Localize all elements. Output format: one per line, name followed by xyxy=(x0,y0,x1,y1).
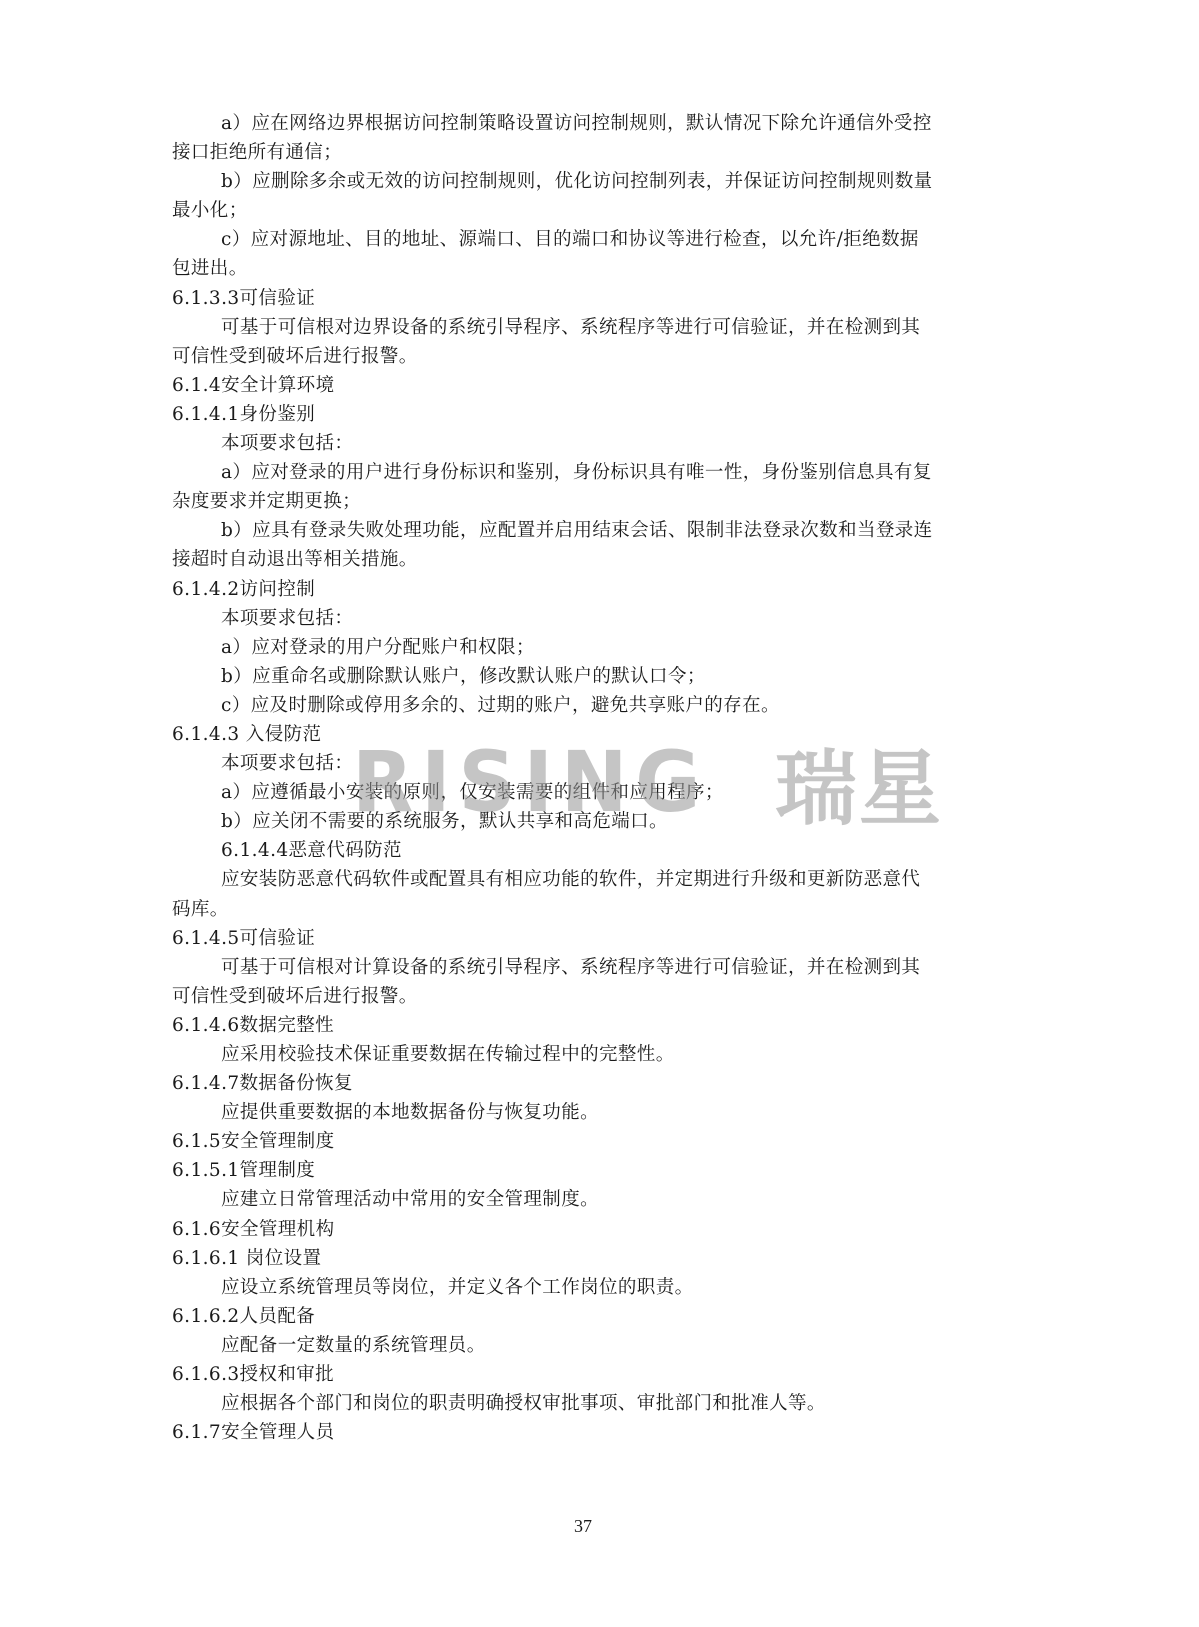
paragraph-continuation: 接超时自动退出等相关措施。 xyxy=(172,545,984,574)
paragraph-line: b）应重命名或删除默认账户，修改默认账户的默认口令； xyxy=(172,662,984,691)
paragraph-line: b）应具有登录失败处理功能，应配置并启用结束会话、限制非法登录次数和当登录连 xyxy=(172,516,984,545)
section-heading: 6.1.4.3 入侵防范 xyxy=(172,720,984,749)
section-heading: 6.1.4安全计算环境 xyxy=(172,371,984,400)
paragraph-line: b）应删除多余或无效的访问控制规则，优化访问控制列表，并保证访问控制规则数量 xyxy=(172,167,984,196)
section-heading: 6.1.3.3可信验证 xyxy=(172,284,984,313)
paragraph-line: 应提供重要数据的本地数据备份与恢复功能。 xyxy=(172,1098,984,1127)
paragraph-continuation: 接口拒绝所有通信； xyxy=(172,138,984,167)
paragraph-line: 应配备一定数量的系统管理员。 xyxy=(172,1331,984,1360)
section-heading: 6.1.6.1 岗位设置 xyxy=(172,1244,984,1273)
section-heading: 6.1.4.1身份鉴别 xyxy=(172,400,984,429)
paragraph-continuation: 码库。 xyxy=(172,895,984,924)
paragraph-line: 可基于可信根对边界设备的系统引导程序、系统程序等进行可信验证，并在检测到其 xyxy=(172,313,984,342)
paragraph-line: 应采用校验技术保证重要数据在传输过程中的完整性。 xyxy=(172,1040,984,1069)
paragraph-line: 本项要求包括： xyxy=(172,429,984,458)
section-heading: 6.1.6安全管理机构 xyxy=(172,1215,984,1244)
paragraph-line: 应根据各个部门和岗位的职责明确授权审批事项、审批部门和批准人等。 xyxy=(172,1389,984,1418)
page-number: 37 xyxy=(0,1516,1166,1537)
document-body: a）应在网络边界根据访问控制策略设置访问控制规则，默认情况下除允许通信外受控接口… xyxy=(172,109,984,1447)
section-heading: 6.1.4.7数据备份恢复 xyxy=(172,1069,984,1098)
paragraph-line: 应设立系统管理员等岗位，并定义各个工作岗位的职责。 xyxy=(172,1273,984,1302)
paragraph-line: c）应及时删除或停用多余的、过期的账户，避免共享账户的存在。 xyxy=(172,691,984,720)
paragraph-line: 本项要求包括： xyxy=(172,749,984,778)
paragraph-continuation: 包进出。 xyxy=(172,254,984,283)
paragraph-line: a）应对登录的用户分配账户和权限； xyxy=(172,633,984,662)
paragraph-continuation: 最小化； xyxy=(172,196,984,225)
section-heading: 6.1.6.2人员配备 xyxy=(172,1302,984,1331)
paragraph-continuation: 可信性受到破坏后进行报警。 xyxy=(172,982,984,1011)
paragraph-line: a）应遵循最小安装的原则，仅安装需要的组件和应用程序； xyxy=(172,778,984,807)
paragraph-continuation: 可信性受到破坏后进行报警。 xyxy=(172,342,984,371)
section-heading: 6.1.5.1管理制度 xyxy=(172,1156,984,1185)
section-heading: 6.1.4.6数据完整性 xyxy=(172,1011,984,1040)
paragraph-line: c）应对源地址、目的地址、源端口、目的端口和协议等进行检查，以允许/拒绝数据 xyxy=(172,225,984,254)
paragraph-line: 应建立日常管理活动中常用的安全管理制度。 xyxy=(172,1185,984,1214)
section-heading: 6.1.4.4恶意代码防范 xyxy=(172,836,984,865)
paragraph-line: b）应关闭不需要的系统服务，默认共享和高危端口。 xyxy=(172,807,984,836)
paragraph-line: a）应对登录的用户进行身份标识和鉴别，身份标识具有唯一性，身份鉴别信息具有复 xyxy=(172,458,984,487)
paragraph-continuation: 杂度要求并定期更换； xyxy=(172,487,984,516)
section-heading: 6.1.4.5可信验证 xyxy=(172,924,984,953)
document-page: a）应在网络边界根据访问控制策略设置访问控制规则，默认情况下除允许通信外受控接口… xyxy=(0,0,1199,1627)
paragraph-line: 可基于可信根对计算设备的系统引导程序、系统程序等进行可信验证，并在检测到其 xyxy=(172,953,984,982)
paragraph-line: 本项要求包括： xyxy=(172,604,984,633)
section-heading: 6.1.6.3授权和审批 xyxy=(172,1360,984,1389)
section-heading: 6.1.7安全管理人员 xyxy=(172,1418,984,1447)
paragraph-line: 应安装防恶意代码软件或配置具有相应功能的软件，并定期进行升级和更新防恶意代 xyxy=(172,865,984,894)
section-heading: 6.1.4.2访问控制 xyxy=(172,575,984,604)
section-heading: 6.1.5安全管理制度 xyxy=(172,1127,984,1156)
paragraph-line: a）应在网络边界根据访问控制策略设置访问控制规则，默认情况下除允许通信外受控 xyxy=(172,109,984,138)
